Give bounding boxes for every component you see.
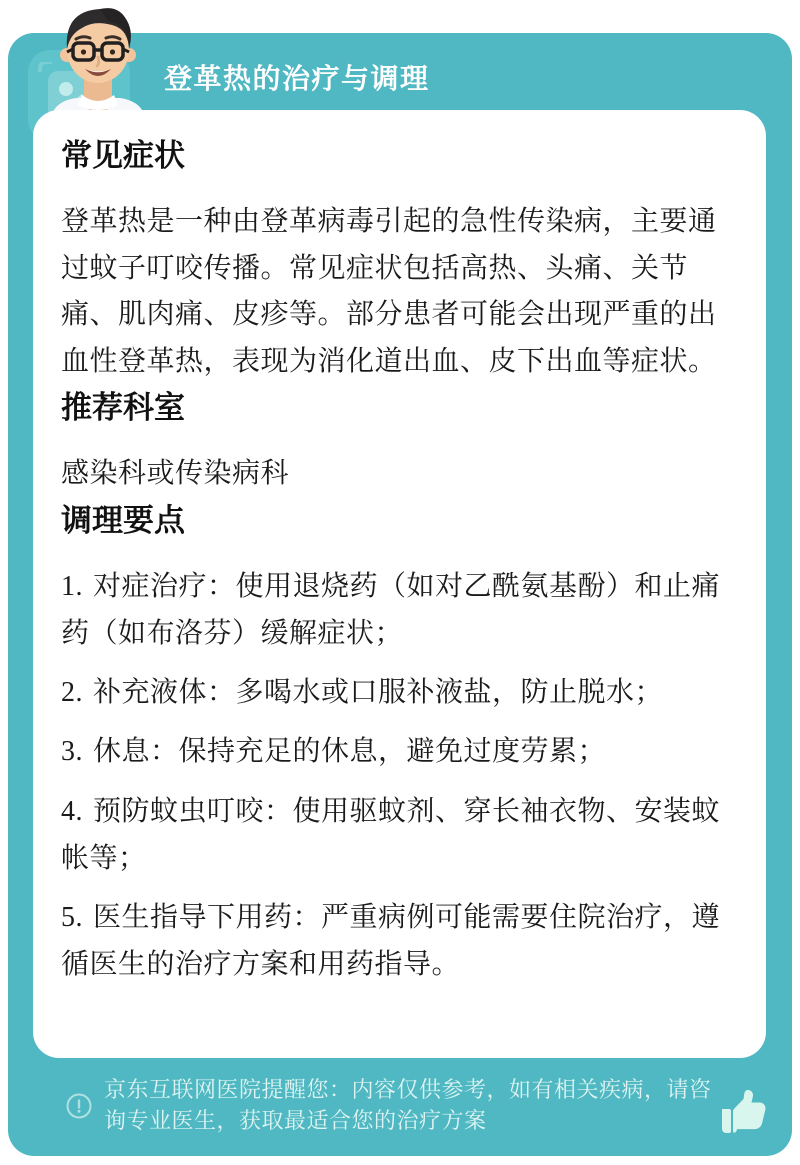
symptoms-paragraph: 登革热是一种由登革病毒引起的急性传染病，主要通过蚊子叮咬传播。常见症状包括高热、… [61,198,738,384]
list-item-number: 1. [61,571,83,602]
department-paragraph: 感染科或传染病科 [61,450,738,497]
list-item-text: 预防蚊虫叮咬：使用驱蚊剂、穿长袖衣物、安装蚊帐等； [61,795,720,874]
list-item: 2.补充液体：多喝水或口服补液盐，防止脱水； [61,669,738,717]
list-item-text: 补充液体：多喝水或口服补液盐，防止脱水； [93,676,663,707]
list-item: 3.休息：保持充足的休息，避免过度劳累； [61,728,738,776]
thumbs-up-icon[interactable] [718,1087,766,1137]
list-item-number: 4. [61,796,83,827]
list-item-number: 5. [61,902,83,933]
section-heading-department: 推荐科室 [61,388,738,428]
list-item-number: 3. [61,736,83,767]
list-item: 4.预防蚊虫叮咬：使用驱蚊剂、穿长袖衣物、安装蚊帐等； [61,788,738,882]
list-item-text: 休息：保持充足的休息，避免过度劳累； [93,735,606,766]
alert-circle-icon [66,1093,92,1119]
list-item: 1.对症治疗：使用退烧药（如对乙酰氨基酚）和止痛药（如布洛芬）缓解症状； [61,563,738,657]
list-item-text: 对症治疗：使用退烧药（如对乙酰氨基酚）和止痛药（如布洛芬）缓解症状； [61,570,720,649]
section-heading-symptoms: 常见症状 [61,136,738,176]
page-title: 登革热的治疗与调理 [164,57,430,97]
content-card: 常见症状 登革热是一种由登革病毒引起的急性传染病，主要通过蚊子叮咬传播。常见症状… [33,110,766,1058]
disclaimer-footer: 京东互联网医院提醒您：内容仅供参考，如有相关疾病，请咨询专业医生，获取最适合您的… [66,1073,778,1137]
disclaimer-text: 京东互联网医院提醒您：内容仅供参考，如有相关疾病，请咨询专业医生，获取最适合您的… [104,1074,712,1136]
list-item-text: 医生指导下用药：严重病例可能需要住院治疗，遵循医生的治疗方案和用药指导。 [61,901,720,980]
list-item: 5.医生指导下用药：严重病例可能需要住院治疗，遵循医生的治疗方案和用药指导。 [61,894,738,988]
main-panel: 登革热的治疗与调理 常见症状 登革热是一种由登革病毒引起的急性传染病，主要通过蚊… [8,33,792,1156]
section-heading-care-points: 调理要点 [61,501,738,541]
list-item-number: 2. [61,677,83,708]
